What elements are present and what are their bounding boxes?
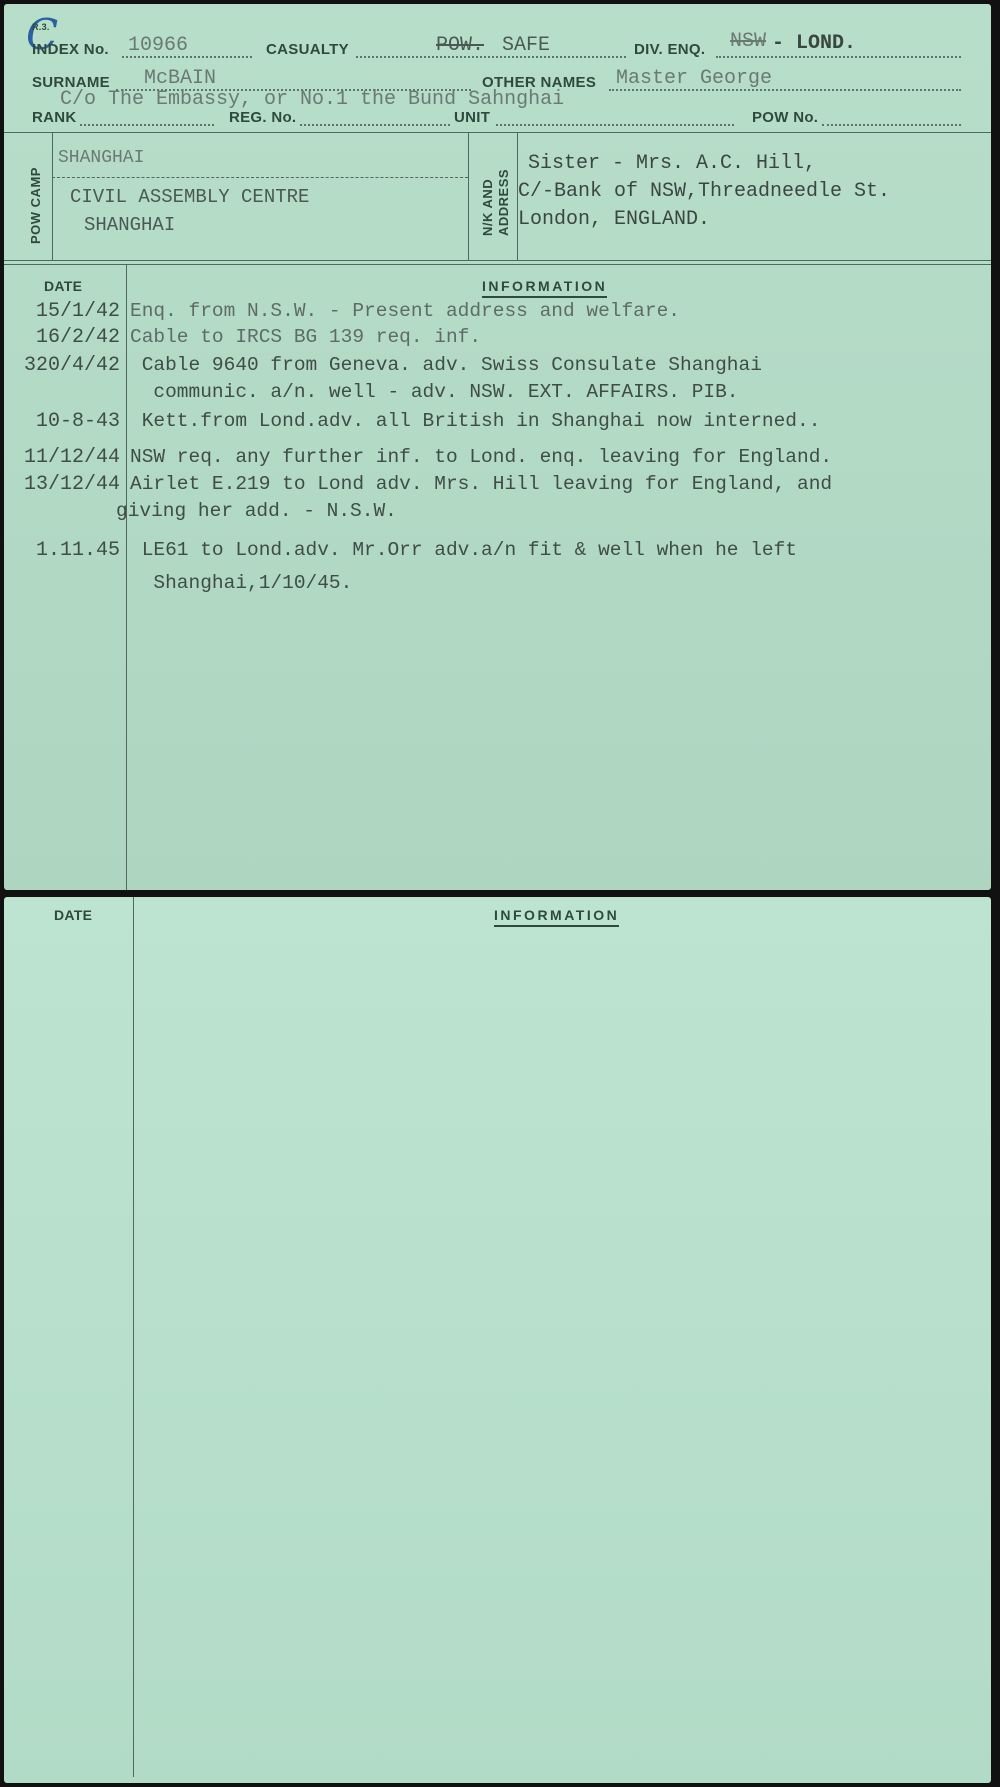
entry-date: 1.11.45	[8, 539, 120, 562]
date-header: DATE	[54, 907, 92, 923]
entry-date: 13/12/44	[8, 473, 120, 496]
divider-bottom-2	[4, 264, 991, 265]
entry-text: NSW req. any further inf. to Lond. enq. …	[130, 446, 832, 468]
entry-text: LE61 to Lond.adv. Mr.Orr adv.a/n fit & w…	[130, 539, 797, 561]
entry-text: giving her add. - N.S.W.	[116, 500, 397, 522]
entry-text: communic. a/n. well - adv. NSW. EXT. AFF…	[130, 381, 739, 403]
unit-label: UNIT	[454, 109, 490, 126]
pow-no-label: POW No.	[752, 109, 818, 126]
entry-date: 11/12/44	[8, 446, 120, 469]
entry-date: 320/4/42	[8, 354, 120, 377]
nk-line-1: Sister - Mrs. A.C. Hill,	[528, 152, 816, 175]
nk-line-3: London, ENGLAND.	[518, 208, 710, 231]
index-card-back: DATE INFORMATION	[4, 897, 991, 1783]
div-enq-struck-value: NSW	[730, 30, 766, 53]
date-column-divider	[126, 264, 127, 890]
casualty-dotline	[356, 56, 626, 58]
divider-bottom	[4, 260, 991, 261]
unit-dotline	[496, 124, 734, 126]
entry-text: Enq. from N.S.W. - Present address and w…	[130, 300, 680, 322]
pow-camp-line2: CIVIL ASSEMBLY CENTRE	[70, 186, 309, 208]
nk-line-2: C/-Bank of NSW,Threadneedle St.	[518, 180, 890, 203]
entry-text: Kett.from Lond.adv. all British in Shang…	[130, 410, 820, 432]
index-no-value: 10966	[128, 34, 188, 57]
casualty-struck-value: POW.	[436, 34, 484, 57]
date-header: DATE	[44, 278, 82, 294]
entry-date: 15/1/42	[8, 300, 120, 323]
information-header: INFORMATION	[494, 907, 619, 923]
entry-text: Cable 9640 from Geneva. adv. Swiss Consu…	[130, 354, 762, 376]
divider-nk	[468, 132, 469, 260]
address-line: C/o The Embassy, or No.1 the Bund Sahngh…	[60, 88, 564, 111]
rank-label: RANK	[32, 109, 77, 126]
rank-dotline	[80, 124, 214, 126]
index-no-label: INDEX No.	[32, 41, 109, 58]
pow-no-dotline	[822, 124, 961, 126]
div-enq-label: DIV. ENQ.	[634, 41, 705, 58]
form-code: R.3.	[32, 22, 50, 32]
entry-text: Cable to IRCS BG 139 req. inf.	[130, 326, 481, 348]
div-enq-value: - LOND.	[772, 32, 856, 55]
reg-no-label: REG. No.	[229, 109, 296, 126]
pow-camp-label: POW CAMP	[28, 167, 43, 244]
entry-date: 10-8-43	[8, 410, 120, 433]
entry-text: Airlet E.219 to Lond adv. Mrs. Hill leav…	[130, 473, 832, 495]
divider-pow-camp	[52, 132, 53, 260]
divider-camp-line	[52, 177, 468, 178]
entry-text: Shanghai,1/10/45.	[130, 572, 352, 594]
pow-camp-line3: SHANGHAI	[84, 214, 175, 236]
reg-no-dotline	[300, 124, 450, 126]
other-names-value: Master George	[616, 67, 772, 90]
entry-date: 16/2/42	[8, 326, 120, 349]
div-enq-dotline	[716, 56, 961, 58]
nk-label-line1: N/K AND	[480, 179, 495, 236]
casualty-label: CASUALTY	[266, 41, 349, 58]
date-column-divider	[133, 897, 134, 1777]
surname-value: McBAIN	[144, 67, 216, 90]
pow-camp-line1: SHANGHAI	[58, 148, 144, 168]
nk-label-line2: ADDRESS	[496, 169, 511, 236]
divider-top	[4, 132, 991, 133]
information-header: INFORMATION	[482, 278, 607, 294]
index-card-front: C R.3. INDEX No. 10966 CASUALTY POW. SAF…	[4, 4, 991, 890]
casualty-value: SAFE	[502, 34, 550, 57]
